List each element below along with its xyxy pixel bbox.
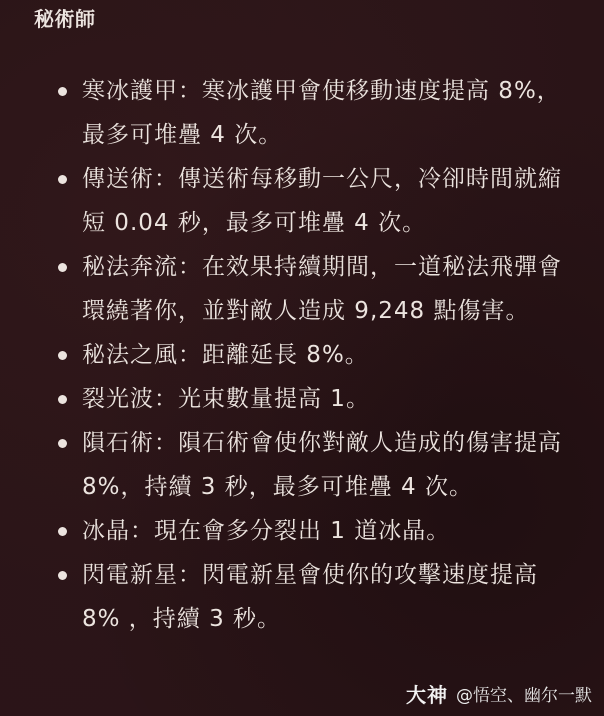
watermark-brand: 大神 (406, 679, 448, 708)
list-item-lightning-nova: 閃電新星：閃電新星會使你的攻擊速度提高 8% ，持續 3 秒。 (0, 553, 604, 641)
bullet-icon (58, 527, 67, 536)
list-item-teleport: 傳送術：傳送術每移動一公尺，冷卻時間就縮短 0.04 秒，最多可堆疊 4 次。 (0, 157, 604, 245)
list-item-ice-crystal: 冰晶：現在會多分裂出 1 道冰晶。 (0, 509, 604, 553)
item-text: 裂光波：光束數量提高 1。 (82, 386, 370, 412)
item-text: 寒冰護甲：寒冰護甲會使移動速度提高 8%，最多可堆疊 4 次。 (82, 78, 561, 148)
bullet-icon (58, 571, 67, 580)
list-item-meteor: 隕石術：隕石術會使你對敵人造成的傷害提高 8%，持續 3 秒，最多可堆疊 4 次… (0, 421, 604, 509)
bullet-icon (58, 263, 67, 272)
item-text: 秘法奔流：在效果持續期間，一道秘法飛彈會環繞著你，並對敵人造成 9,248 點傷… (82, 254, 562, 324)
bullet-icon (58, 439, 67, 448)
list-item-frost-armor: 寒冰護甲：寒冰護甲會使移動速度提高 8%，最多可堆疊 4 次。 (0, 69, 604, 157)
bullet-icon (58, 395, 67, 404)
watermark: 大神 @悟空、幽尔一默 (406, 679, 592, 708)
item-text: 隕石術：隕石術會使你對敵人造成的傷害提高 8%，持續 3 秒，最多可堆疊 4 次… (82, 430, 562, 500)
watermark-user: @悟空、幽尔一默 (456, 681, 592, 706)
bullet-icon (58, 351, 67, 360)
bullet-icon (58, 87, 67, 96)
section-title: 秘術師 (34, 4, 96, 34)
bullet-icon (58, 175, 67, 184)
list-item-arcane-wind: 秘法之風：距離延長 8%。 (0, 333, 604, 377)
item-text: 冰晶：現在會多分裂出 1 道冰晶。 (82, 518, 450, 544)
item-text: 秘法之風：距離延長 8%。 (82, 342, 369, 368)
item-text: 閃電新星：閃電新星會使你的攻擊速度提高 8% ，持續 3 秒。 (82, 562, 538, 632)
item-text: 傳送術：傳送術每移動一公尺，冷卻時間就縮短 0.04 秒，最多可堆疊 4 次。 (82, 166, 562, 236)
list-item-arcane-surge: 秘法奔流：在效果持續期間，一道秘法飛彈會環繞著你，並對敵人造成 9,248 點傷… (0, 245, 604, 333)
list-item-ray-of-light: 裂光波：光束數量提高 1。 (0, 377, 604, 421)
bonus-list: 寒冰護甲：寒冰護甲會使移動速度提高 8%，最多可堆疊 4 次。 傳送術：傳送術每… (0, 69, 604, 641)
